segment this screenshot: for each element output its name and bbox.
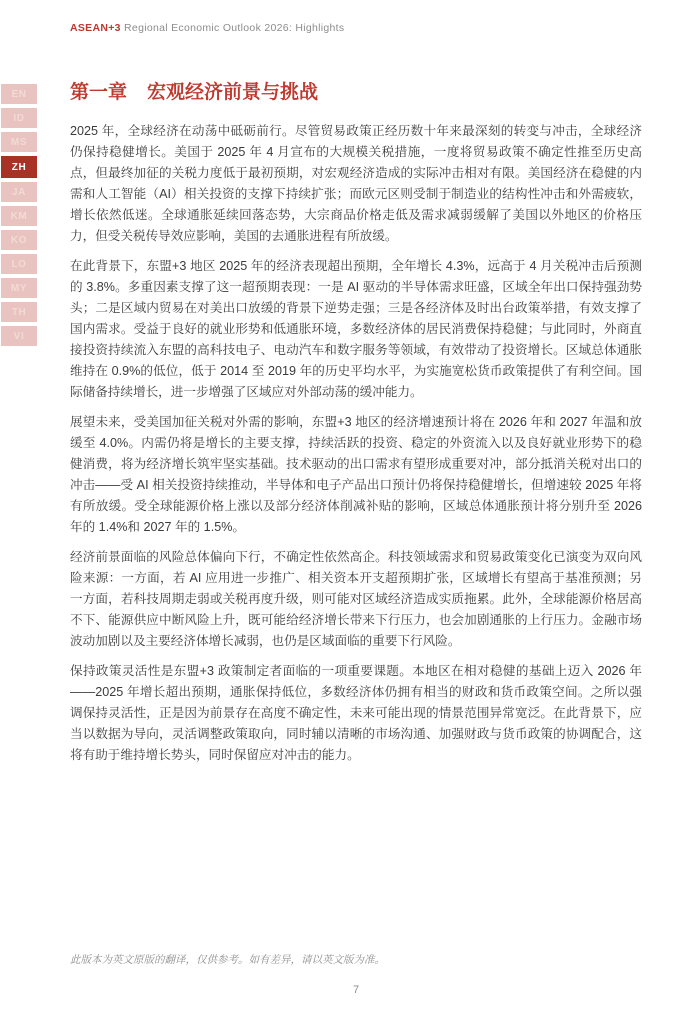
translation-footnote: 此版本为英文原版的翻译，仅供参考。如有差异，请以英文版为准。 xyxy=(70,952,642,967)
language-tab-ja[interactable]: JA xyxy=(1,182,37,202)
report-title: Regional Economic Outlook 2026: Highligh… xyxy=(121,22,345,34)
chapter-title-text: 宏观经济前景与挑战 xyxy=(147,82,318,103)
paragraph-1: 2025 年，全球经济在动荡中砥砺前行。尽管贸易政策正经历数十年来最深刻的转变与… xyxy=(70,121,642,247)
main-content: 第一章宏观经济前景与挑战 2025 年，全球经济在动荡中砥砺前行。尽管贸易政策正… xyxy=(70,80,642,775)
document-page: ASEAN+3 Regional Economic Outlook 2026: … xyxy=(0,0,695,1024)
paragraph-4: 经济前景面临的风险总体偏向下行，不确定性依然高企。科技领域需求和贸易政策变化已演… xyxy=(70,547,642,652)
chapter-heading: 第一章宏观经济前景与挑战 xyxy=(70,80,642,106)
language-tab-en[interactable]: EN xyxy=(1,84,37,104)
language-tab-km[interactable]: KM xyxy=(1,206,37,226)
language-tab-ms[interactable]: MS xyxy=(1,132,37,152)
page-number: 7 xyxy=(70,984,642,996)
language-tab-ko[interactable]: KO xyxy=(1,230,37,250)
paragraph-2: 在此背景下，东盟+3 地区 2025 年的经济表现超出预期，全年增长 4.3%，… xyxy=(70,256,642,403)
language-tab-id[interactable]: ID xyxy=(1,108,37,128)
language-tab-zh[interactable]: ZH xyxy=(1,156,37,178)
paragraph-3: 展望未来，受美国加征关税对外需的影响，东盟+3 地区的经济增速预计将在 2026… xyxy=(70,412,642,538)
language-tab-lo[interactable]: LO xyxy=(1,254,37,274)
body-paragraphs: 2025 年，全球经济在动荡中砥砺前行。尽管贸易政策正经历数十年来最深刻的转变与… xyxy=(70,121,642,766)
running-header: ASEAN+3 Regional Economic Outlook 2026: … xyxy=(70,22,344,34)
chapter-number: 第一章 xyxy=(70,82,127,103)
language-tab-th[interactable]: TH xyxy=(1,302,37,322)
language-sidebar: ENIDMSZHJAKMKOLOMYTHVI xyxy=(1,84,37,346)
report-brand: ASEAN+3 xyxy=(70,22,121,34)
paragraph-5: 保持政策灵活性是东盟+3 政策制定者面临的一项重要课题。本地区在相对稳健的基础上… xyxy=(70,661,642,766)
language-tab-vi[interactable]: VI xyxy=(1,326,37,346)
language-tab-my[interactable]: MY xyxy=(1,278,37,298)
